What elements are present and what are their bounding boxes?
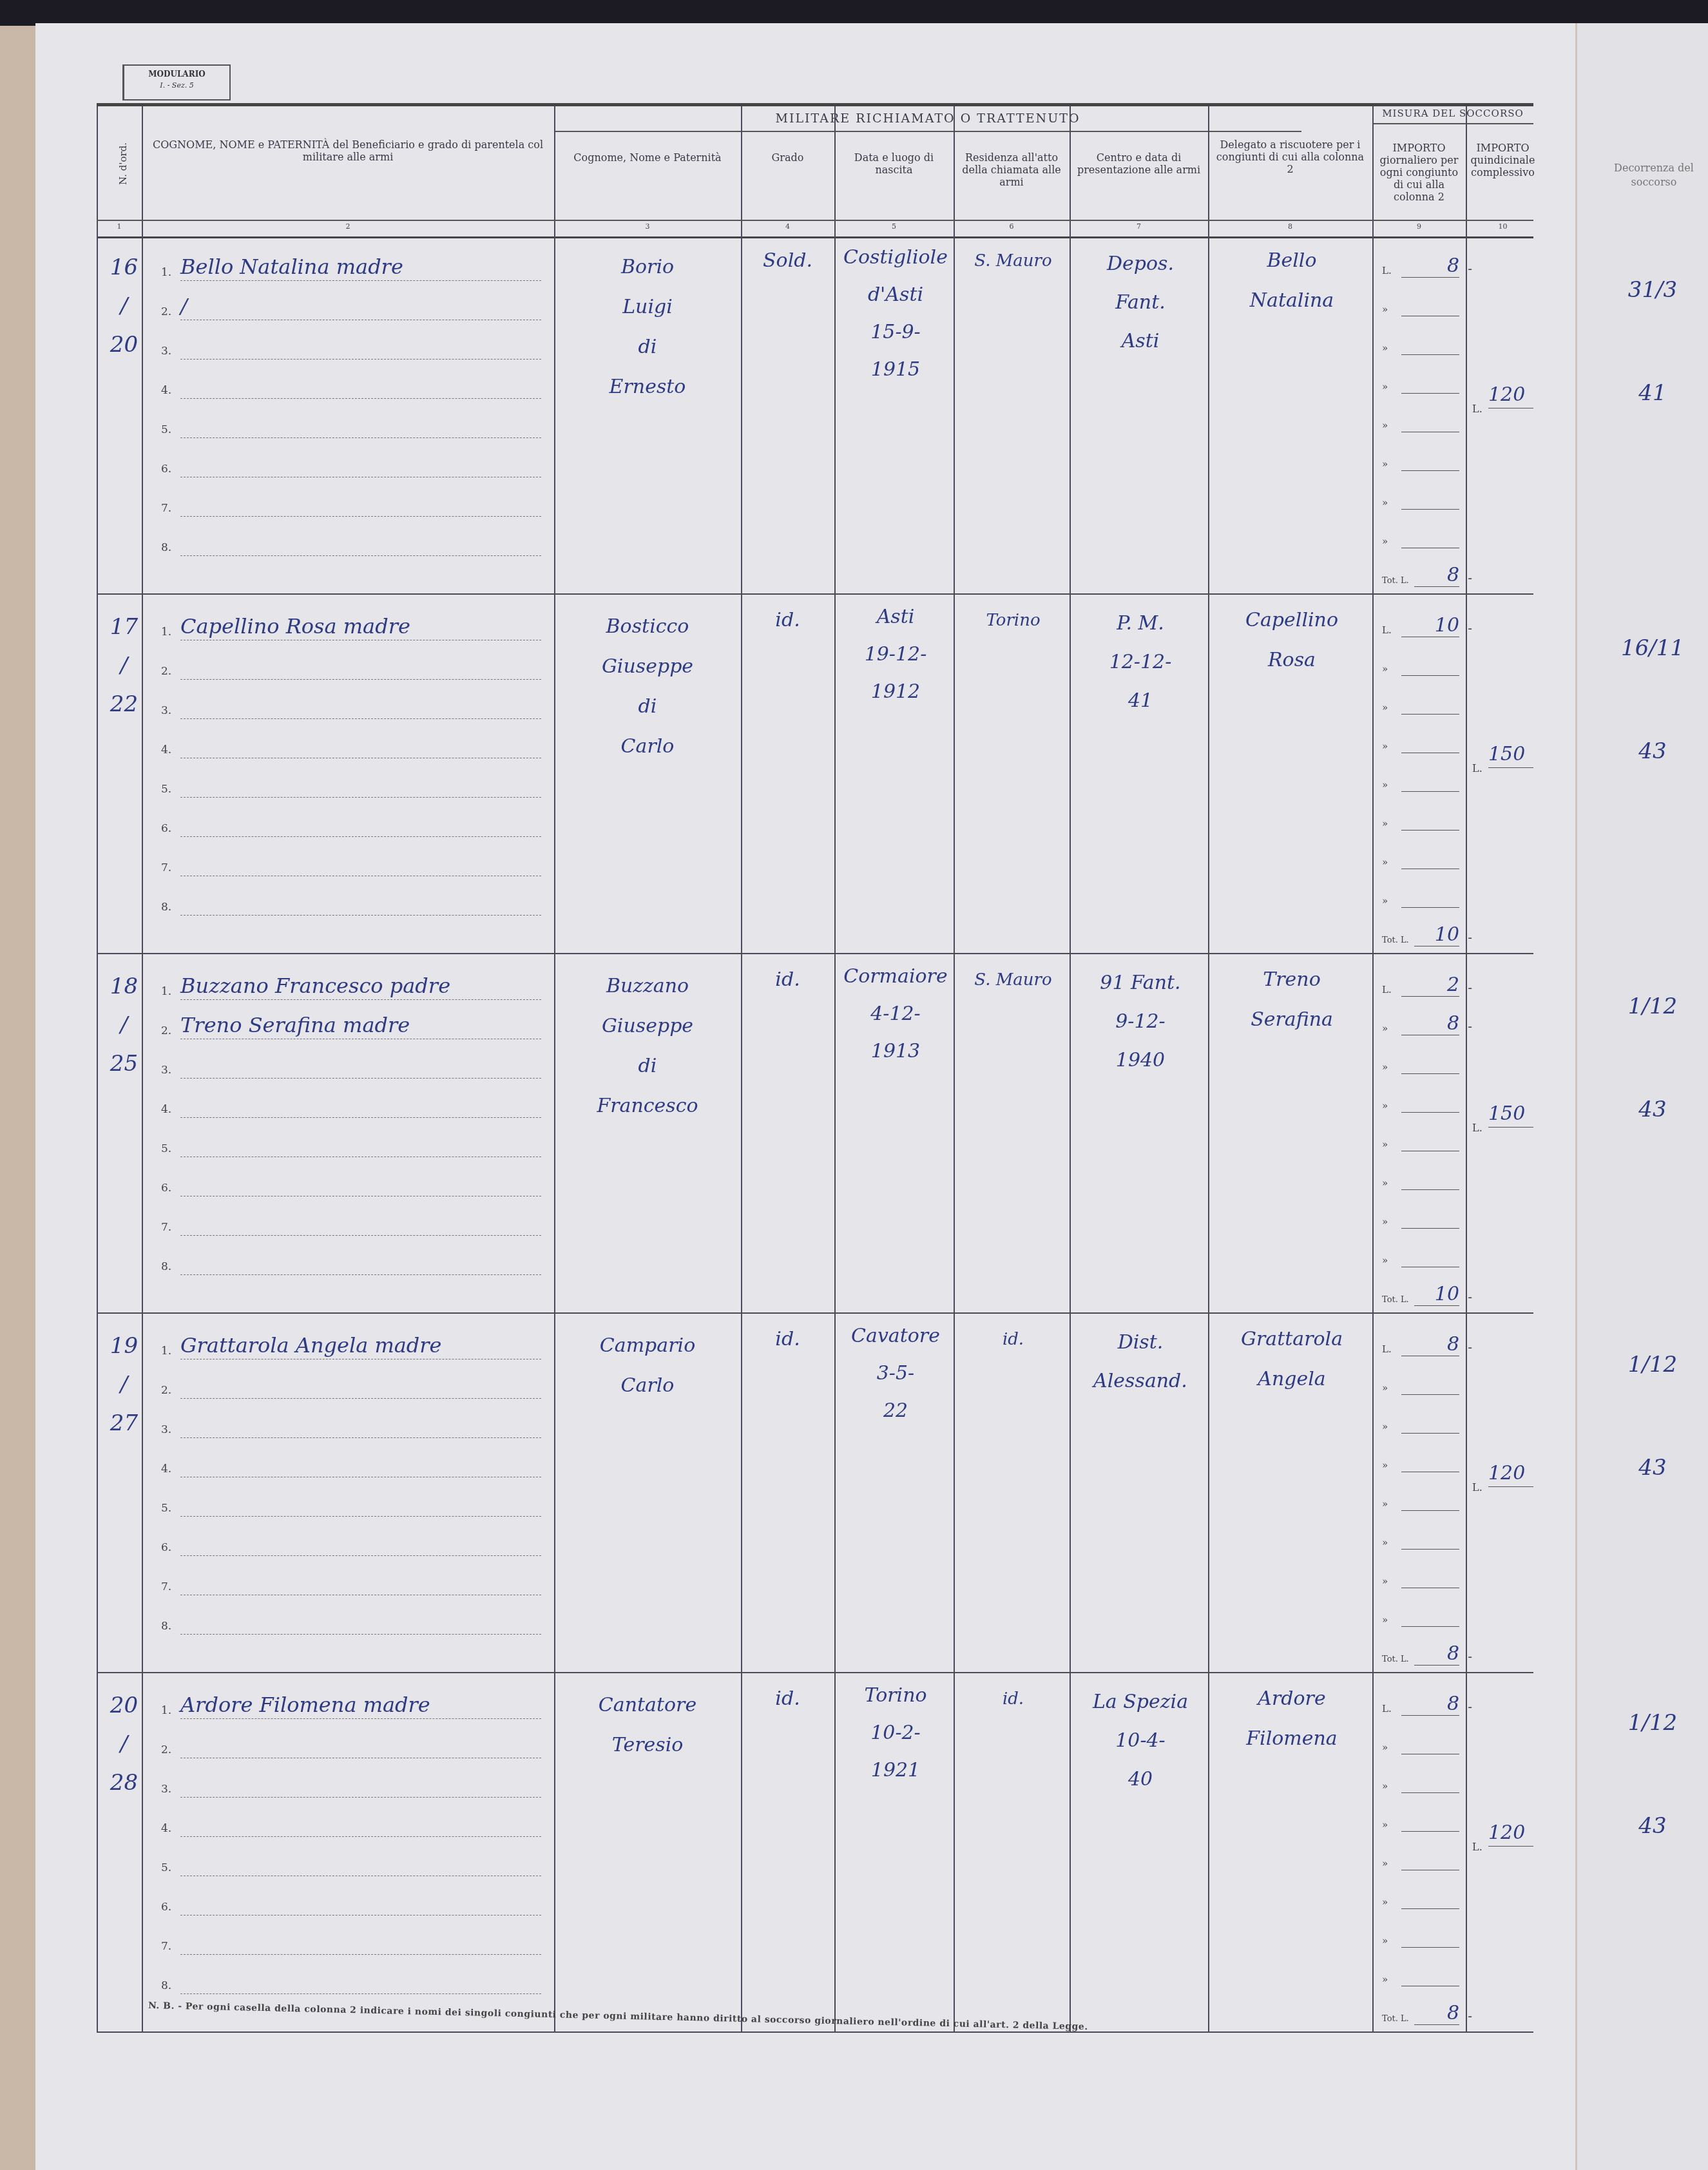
header-col-5: Data e luogo di nascita bbox=[838, 151, 950, 176]
beneficiary-line: 7. bbox=[180, 1196, 541, 1236]
currency-prefix: L. bbox=[1382, 265, 1392, 276]
birth-date-place: 15-9- bbox=[838, 313, 954, 352]
beneficiary-line: 2. bbox=[180, 1719, 541, 1758]
daily-amount-value: 8 bbox=[1401, 1333, 1459, 1356]
currency-prefix: L. bbox=[1382, 1703, 1392, 1714]
daily-amount-value bbox=[1401, 1433, 1459, 1434]
line-number: 4. bbox=[161, 1103, 171, 1116]
daily-amount-line: » bbox=[1382, 756, 1472, 794]
daily-amount-value bbox=[1401, 1189, 1459, 1190]
decorrenza-value: 43 bbox=[1604, 1448, 1701, 1487]
total-value: 10 bbox=[1414, 923, 1459, 946]
total-value: 8 bbox=[1414, 2002, 1459, 2025]
military-name-part: Borio bbox=[557, 248, 738, 287]
beneficiary-line: 4. bbox=[180, 360, 541, 399]
column-divider bbox=[142, 1314, 143, 1672]
beneficiary-line: 3. bbox=[180, 1399, 541, 1438]
fortnightly-amount: 120 bbox=[1488, 382, 1533, 408]
presentation-center: Alessand. bbox=[1073, 1362, 1208, 1401]
column-divider bbox=[97, 106, 98, 235]
line-number: 7. bbox=[161, 1221, 171, 1234]
line-number: 4. bbox=[161, 384, 171, 397]
residence: S. Mauro bbox=[957, 242, 1070, 280]
daily-amount-value bbox=[1401, 1394, 1459, 1395]
line-number: 2. bbox=[161, 1743, 171, 1756]
beneficiary-name: Treno Serafina madre bbox=[180, 1013, 410, 1037]
daily-amounts: L.10-»»»»»»»Tot. L.10- bbox=[1382, 601, 1472, 949]
line-number: 7. bbox=[161, 1580, 171, 1593]
military-grade: id. bbox=[744, 1320, 831, 1359]
fortnightly-amount: 150 bbox=[1488, 1101, 1533, 1128]
beneficiary-line: 6. bbox=[180, 438, 541, 477]
military-name-part: Bosticco bbox=[557, 608, 738, 646]
header-col-6: Residenza all'atto della chiamata alle a… bbox=[957, 151, 1066, 188]
presentation-center: 12-12- bbox=[1073, 643, 1208, 682]
line-number: 8. bbox=[161, 1979, 171, 1992]
total-prefix: Tot. L. bbox=[1382, 2014, 1409, 2024]
column-divider bbox=[1372, 106, 1374, 235]
column-divider bbox=[1070, 106, 1071, 235]
daily-amount-value bbox=[1401, 1754, 1459, 1754]
total-prefix: Tot. L. bbox=[1382, 576, 1409, 586]
ord-number-top: 16 bbox=[106, 248, 142, 287]
beneficiary-line: 8. bbox=[180, 876, 541, 916]
daily-amount-line: L.10- bbox=[1382, 601, 1472, 640]
military-grade: Sold. bbox=[744, 242, 831, 280]
column-divider bbox=[741, 1314, 742, 1672]
total-prefix: Tot. L. bbox=[1382, 1655, 1409, 1664]
column-number: 10 bbox=[1466, 222, 1540, 231]
beneficiary-line: 3. bbox=[180, 680, 541, 719]
decorrenza-value: 43 bbox=[1604, 1807, 1701, 1845]
daily-amount-line: » bbox=[1382, 474, 1472, 512]
presentation-center: 9-12- bbox=[1073, 1003, 1208, 1041]
column-divider bbox=[741, 1673, 742, 2031]
daily-amount-line: » bbox=[1382, 396, 1472, 435]
beneficiary-line: 1.Buzzano Francesco padre bbox=[180, 961, 541, 1000]
beneficiary-line: 5. bbox=[180, 1118, 541, 1157]
line-number: 2. bbox=[161, 1384, 171, 1397]
delegate-name: Filomena bbox=[1211, 1720, 1372, 1758]
daily-amount-line: » bbox=[1382, 1038, 1472, 1077]
column-divider bbox=[142, 235, 143, 593]
ord-slash: / bbox=[106, 287, 142, 325]
daily-amount-line: » bbox=[1382, 1154, 1472, 1193]
currency-prefix: » bbox=[1382, 1575, 1388, 1587]
beneficiary-line: 4. bbox=[180, 1079, 541, 1118]
line-number: 5. bbox=[161, 423, 171, 436]
column-divider bbox=[142, 1673, 143, 2031]
fortnightly-amount: 150 bbox=[1488, 742, 1533, 768]
military-name-part: Luigi bbox=[557, 288, 738, 327]
daily-amount-value bbox=[1401, 316, 1459, 316]
beneficiary-line: 8. bbox=[180, 1955, 541, 1994]
ord-slash: / bbox=[106, 1725, 142, 1763]
header-col-1: N. d'ord. bbox=[117, 142, 129, 185]
birth-date-place: 22 bbox=[838, 1392, 954, 1430]
ord-number-top: 20 bbox=[106, 1686, 142, 1725]
book-binding-edge bbox=[0, 26, 39, 2170]
daily-amount-value bbox=[1401, 1549, 1459, 1550]
daily-amount-line: » bbox=[1382, 1115, 1472, 1154]
daily-amount-line: » bbox=[1382, 1552, 1472, 1591]
birth-date-place: 1913 bbox=[838, 1032, 954, 1071]
daily-amount-line: » bbox=[1382, 678, 1472, 717]
delegate-name: Bello bbox=[1211, 242, 1372, 280]
total-value: 8 bbox=[1414, 564, 1459, 587]
column-11-header: Decorrenza del soccorso bbox=[1599, 161, 1708, 189]
decorrenza-value: 43 bbox=[1604, 732, 1701, 771]
decorrenza-value: 1/12 bbox=[1604, 1345, 1701, 1384]
presentation-center: P. M. bbox=[1073, 604, 1208, 643]
line-number: 8. bbox=[161, 901, 171, 914]
line-number: 7. bbox=[161, 1940, 171, 1953]
currency-prefix: » bbox=[1382, 381, 1388, 392]
military-name-part: Campario bbox=[557, 1327, 738, 1365]
military-name-part: Giuseppe bbox=[557, 1007, 738, 1046]
line-number: 1. bbox=[161, 626, 171, 639]
currency-prefix: » bbox=[1382, 1858, 1388, 1869]
header-col-10: IMPORTO quindicinale complessivo bbox=[1470, 142, 1536, 178]
dash: - bbox=[1468, 1289, 1472, 1305]
delegate-name: Rosa bbox=[1211, 641, 1372, 680]
currency-prefix: » bbox=[1382, 1498, 1388, 1510]
presentation-center: Asti bbox=[1073, 322, 1208, 361]
military-name-part: Ernesto bbox=[557, 368, 738, 407]
line-number: 3. bbox=[161, 345, 171, 358]
daily-amount-value bbox=[1401, 791, 1459, 792]
total-line: Tot. L.8- bbox=[1382, 1629, 1472, 1668]
column-divider bbox=[1208, 106, 1209, 235]
column-number: 4 bbox=[741, 222, 834, 231]
delegate-name: Natalina bbox=[1211, 282, 1372, 320]
daily-amount-line: L.8- bbox=[1382, 1680, 1472, 1718]
column-divider bbox=[834, 235, 836, 593]
line-number: 3. bbox=[161, 1783, 171, 1796]
column-divider bbox=[1070, 235, 1071, 593]
column-divider bbox=[954, 106, 955, 235]
daily-amount-line: » bbox=[1382, 1077, 1472, 1115]
currency-prefix: » bbox=[1382, 419, 1388, 431]
header-decorrenza: Decorrenza del soccorso bbox=[1599, 161, 1708, 189]
daily-amount-line: » bbox=[1382, 1193, 1472, 1231]
beneficiary-line: 6. bbox=[180, 1157, 541, 1196]
daily-amount-line: » bbox=[1382, 1591, 1472, 1629]
line-number: 1. bbox=[161, 1345, 171, 1358]
dash: - bbox=[1468, 2008, 1472, 2024]
daily-amount-line: » bbox=[1382, 872, 1472, 910]
column-divider bbox=[142, 954, 143, 1312]
line-number: 5. bbox=[161, 1502, 171, 1515]
ord-number-bottom: 20 bbox=[106, 325, 142, 364]
daily-amount-line: » bbox=[1382, 1359, 1472, 1397]
daily-amount-value: 8 bbox=[1401, 1693, 1459, 1716]
dash: - bbox=[1468, 261, 1472, 276]
column-divider bbox=[1070, 1673, 1071, 2031]
currency-prefix: » bbox=[1382, 1614, 1388, 1626]
currency-prefix: » bbox=[1382, 895, 1388, 907]
header-col-2: COGNOME, NOME e PATERNITÀ del Beneficiar… bbox=[146, 139, 550, 163]
currency-prefix: » bbox=[1382, 1537, 1388, 1548]
column-divider bbox=[1070, 954, 1071, 1312]
daily-amount-value bbox=[1401, 1792, 1459, 1793]
ord-number-bottom: 27 bbox=[106, 1404, 142, 1443]
column-divider bbox=[954, 595, 955, 953]
column-divider bbox=[834, 1314, 836, 1672]
line-number: 3. bbox=[161, 1064, 171, 1077]
daily-amount-value bbox=[1401, 1947, 1459, 1948]
currency-prefix: » bbox=[1382, 1742, 1388, 1753]
column-divider bbox=[954, 235, 955, 593]
column-divider bbox=[954, 954, 955, 1312]
beneficiary-line: 6. bbox=[180, 798, 541, 837]
daily-amounts: L.2-»8-»»»»»»Tot. L.10- bbox=[1382, 961, 1472, 1309]
line-number: 6. bbox=[161, 1182, 171, 1195]
line-number: 6. bbox=[161, 463, 171, 475]
ord-slash: / bbox=[106, 1365, 142, 1404]
daily-amount-line: » bbox=[1382, 1873, 1472, 1912]
total-line: Tot. L.8- bbox=[1382, 551, 1472, 590]
column-divider bbox=[97, 954, 98, 1312]
beneficiary-line: 8. bbox=[180, 1595, 541, 1635]
column-divider bbox=[554, 235, 555, 593]
column-divider bbox=[954, 1673, 955, 2031]
line-number: 4. bbox=[161, 744, 171, 756]
birth-date-place: 19-12- bbox=[838, 635, 954, 674]
decorrenza-value: 1/12 bbox=[1604, 987, 1701, 1026]
delegate-name: Angela bbox=[1211, 1360, 1372, 1399]
column-divider bbox=[97, 1673, 98, 2031]
column-divider bbox=[142, 106, 143, 235]
header-col-9: IMPORTO giornaliero per ogni congiunto d… bbox=[1376, 142, 1462, 203]
beneficiary-line: 7. bbox=[180, 1556, 541, 1595]
residence: S. Mauro bbox=[957, 961, 1070, 999]
daily-amount-line: L.2- bbox=[1382, 961, 1472, 999]
daily-amount-value: 2 bbox=[1401, 974, 1459, 997]
currency-prefix: » bbox=[1382, 1100, 1388, 1111]
column-divider bbox=[1372, 1314, 1374, 1672]
header-col-3: Cognome, Nome e Paternità bbox=[558, 151, 737, 164]
birth-date-place: d'Asti bbox=[838, 276, 954, 314]
register-entry: 16/201.Bello Natalina madre2./3.4.5.6.7.… bbox=[97, 235, 1533, 595]
currency-prefix: » bbox=[1382, 1382, 1388, 1394]
beneficiary-line: 4. bbox=[180, 719, 541, 758]
daily-amount-value bbox=[1401, 1870, 1459, 1870]
daily-amount-value bbox=[1401, 1908, 1459, 1909]
currency-prefix: » bbox=[1382, 1216, 1388, 1227]
total-prefix: Tot. L. bbox=[1382, 936, 1409, 945]
daily-amount-line: » bbox=[1382, 1950, 1472, 1989]
line-number: 4. bbox=[161, 1822, 171, 1835]
total-value: 8 bbox=[1414, 1642, 1459, 1666]
total-line: Tot. L.8- bbox=[1382, 1989, 1472, 2028]
beneficiary-list: 1.Capellino Rosa madre2.3.4.5.6.7.8. bbox=[155, 601, 541, 916]
table-header: MILITARE RICHIAMATO O TRATTENUTO MISURA … bbox=[97, 106, 1533, 235]
currency-prefix: » bbox=[1382, 818, 1388, 829]
daily-amount-value bbox=[1401, 1112, 1459, 1113]
ord-number-bottom: 25 bbox=[106, 1044, 142, 1083]
daily-amount-value bbox=[1401, 675, 1459, 676]
line-number: 4. bbox=[161, 1463, 171, 1475]
daily-amount-line: » bbox=[1382, 717, 1472, 756]
presentation-center: 10-4- bbox=[1073, 1722, 1208, 1760]
group-header-misura: MISURA DEL SOCCORSO bbox=[1372, 108, 1533, 124]
column-divider bbox=[142, 595, 143, 953]
dash: - bbox=[1468, 1339, 1472, 1355]
daily-amount-value bbox=[1401, 1472, 1459, 1472]
beneficiary-line: 2./ bbox=[180, 281, 541, 320]
column-number: 2 bbox=[142, 222, 554, 231]
military-name-part: di bbox=[557, 687, 738, 726]
residence: id. bbox=[957, 1680, 1070, 1718]
beneficiary-line: 2.Treno Serafina madre bbox=[180, 1000, 541, 1039]
column-divider bbox=[741, 106, 742, 235]
delegate-name: Treno bbox=[1211, 961, 1372, 999]
beneficiary-line: 1.Bello Natalina madre bbox=[180, 242, 541, 281]
currency-prefix: » bbox=[1382, 342, 1388, 354]
daily-amounts: L.8-»»»»»»»Tot. L.8- bbox=[1382, 1680, 1472, 2028]
beneficiary-list: 1.Bello Natalina madre2./3.4.5.6.7.8. bbox=[155, 242, 541, 556]
column-divider bbox=[954, 1314, 955, 1672]
register-entry: 20/281.Ardore Filomena madre2.3.4.5.6.7.… bbox=[97, 1673, 1533, 2033]
military-name-part: Buzzano bbox=[557, 967, 738, 1006]
daily-amount-value bbox=[1401, 509, 1459, 510]
currency-prefix: » bbox=[1382, 458, 1388, 470]
column-divider bbox=[97, 1314, 98, 1672]
line-number: 8. bbox=[161, 1620, 171, 1633]
daily-amount-value bbox=[1401, 1073, 1459, 1074]
column-divider bbox=[1208, 1673, 1209, 2031]
beneficiary-line: 6. bbox=[180, 1517, 541, 1556]
daily-amount-value bbox=[1401, 1510, 1459, 1511]
birth-date-place: 1921 bbox=[838, 1751, 954, 1790]
birth-date-place: 3-5- bbox=[838, 1354, 954, 1393]
column-number: 1 bbox=[97, 222, 142, 231]
delegate-name: Capellino bbox=[1211, 601, 1372, 640]
beneficiary-list: 1.Grattarola Angela madre2.3.4.5.6.7.8. bbox=[155, 1320, 541, 1635]
dash: - bbox=[1468, 620, 1472, 636]
military-name-part: Teresio bbox=[557, 1726, 738, 1765]
daily-amount-line: » bbox=[1382, 640, 1472, 678]
daily-amounts: L.8-»»»»»»»Tot. L.8- bbox=[1382, 1320, 1472, 1668]
currency-prefix: » bbox=[1382, 303, 1388, 315]
currency-prefix: » bbox=[1382, 1459, 1388, 1471]
beneficiary-line: 2. bbox=[180, 640, 541, 680]
beneficiary-line: 3. bbox=[180, 1039, 541, 1079]
modulario-section: I. - Sez. 5 bbox=[124, 80, 229, 91]
ord-slash: / bbox=[106, 1006, 142, 1044]
daily-amount-line: » bbox=[1382, 1475, 1472, 1513]
daily-amount-line: » bbox=[1382, 280, 1472, 319]
beneficiary-name: Ardore Filomena madre bbox=[180, 1693, 430, 1717]
beneficiary-name: / bbox=[180, 294, 187, 318]
beneficiary-line: 8. bbox=[180, 517, 541, 556]
daily-amount-line: »8- bbox=[1382, 999, 1472, 1038]
currency-prefix: » bbox=[1382, 856, 1388, 868]
currency-prefix: » bbox=[1382, 1177, 1388, 1189]
military-name-part: Carlo bbox=[557, 1367, 738, 1405]
military-name-part: di bbox=[557, 328, 738, 367]
daily-amount-line: » bbox=[1382, 319, 1472, 358]
beneficiary-line: 5. bbox=[180, 399, 541, 438]
daily-amount-value bbox=[1401, 1588, 1459, 1588]
daily-amount-line: » bbox=[1382, 1231, 1472, 1270]
column-divider bbox=[834, 954, 836, 1312]
line-number: 6. bbox=[161, 1541, 171, 1554]
presentation-center: 41 bbox=[1073, 682, 1208, 720]
column-number: 5 bbox=[834, 222, 954, 231]
register-table: MILITARE RICHIAMATO O TRATTENUTO MISURA … bbox=[97, 103, 1533, 2033]
modulario-title: MODULARIO bbox=[124, 68, 229, 80]
birth-date-place: 1915 bbox=[838, 350, 954, 389]
line-number: 8. bbox=[161, 541, 171, 554]
currency-prefix: L. bbox=[1382, 984, 1392, 995]
presentation-center: 91 Fant. bbox=[1073, 964, 1208, 1003]
line-number: 2. bbox=[161, 305, 171, 318]
birth-date-place: 1912 bbox=[838, 673, 954, 711]
currency-prefix: » bbox=[1382, 779, 1388, 791]
daily-amount-value bbox=[1401, 1151, 1459, 1151]
decorrenza-value: 31/3 bbox=[1604, 271, 1701, 309]
beneficiary-line: 2. bbox=[180, 1359, 541, 1399]
daily-amount-line: L.8- bbox=[1382, 242, 1472, 280]
beneficiary-line: 4. bbox=[180, 1798, 541, 1837]
currency-prefix: » bbox=[1382, 702, 1388, 713]
daily-amount-value bbox=[1401, 1228, 1459, 1229]
beneficiary-name: Grattarola Angela madre bbox=[180, 1333, 442, 1358]
daily-amount-value bbox=[1401, 470, 1459, 471]
column-divider bbox=[554, 106, 555, 235]
currency-prefix: L. bbox=[1382, 624, 1392, 636]
column-number: 9 bbox=[1372, 222, 1466, 231]
column-number: 6 bbox=[954, 222, 1070, 231]
column-divider bbox=[1208, 235, 1209, 593]
beneficiary-line: 7. bbox=[180, 837, 541, 876]
group-header-military: MILITARE RICHIAMATO O TRATTENUTO bbox=[554, 111, 1301, 132]
birth-date-place: 10-2- bbox=[838, 1714, 954, 1752]
daily-amount-value bbox=[1401, 548, 1459, 548]
daily-amounts: L.8-»»»»»»»Tot. L.8- bbox=[1382, 242, 1472, 590]
beneficiary-line: 8. bbox=[180, 1236, 541, 1275]
decorrenza-value: 41 bbox=[1604, 374, 1701, 412]
daily-amount-line: » bbox=[1382, 435, 1472, 474]
currency-prefix: » bbox=[1382, 740, 1388, 752]
column-divider bbox=[554, 595, 555, 953]
birth-date-place: Asti bbox=[838, 598, 954, 637]
beneficiary-line: 5. bbox=[180, 1837, 541, 1876]
column-divider bbox=[97, 235, 98, 593]
daily-amount-value bbox=[1401, 1267, 1459, 1267]
daily-amount-line: » bbox=[1382, 794, 1472, 833]
column-divider bbox=[554, 954, 555, 1312]
currency-prefix: » bbox=[1382, 1421, 1388, 1432]
column-divider bbox=[97, 595, 98, 953]
currency-prefix: » bbox=[1382, 1780, 1388, 1792]
daily-amount-value bbox=[1401, 354, 1459, 355]
column-divider bbox=[741, 954, 742, 1312]
daily-amount-line: » bbox=[1382, 1796, 1472, 1834]
column-divider bbox=[741, 235, 742, 593]
currency-prefix: » bbox=[1382, 1935, 1388, 1946]
delegate-name: Serafina bbox=[1211, 1001, 1372, 1039]
daily-amount-line: » bbox=[1382, 1718, 1472, 1757]
daily-amount-value bbox=[1401, 1831, 1459, 1832]
column-divider bbox=[554, 1314, 555, 1672]
beneficiary-line: 7. bbox=[180, 477, 541, 517]
military-name-part: Carlo bbox=[557, 727, 738, 766]
delegate-name: Ardore bbox=[1211, 1680, 1372, 1718]
fortnightly-amount: 120 bbox=[1488, 1461, 1533, 1487]
